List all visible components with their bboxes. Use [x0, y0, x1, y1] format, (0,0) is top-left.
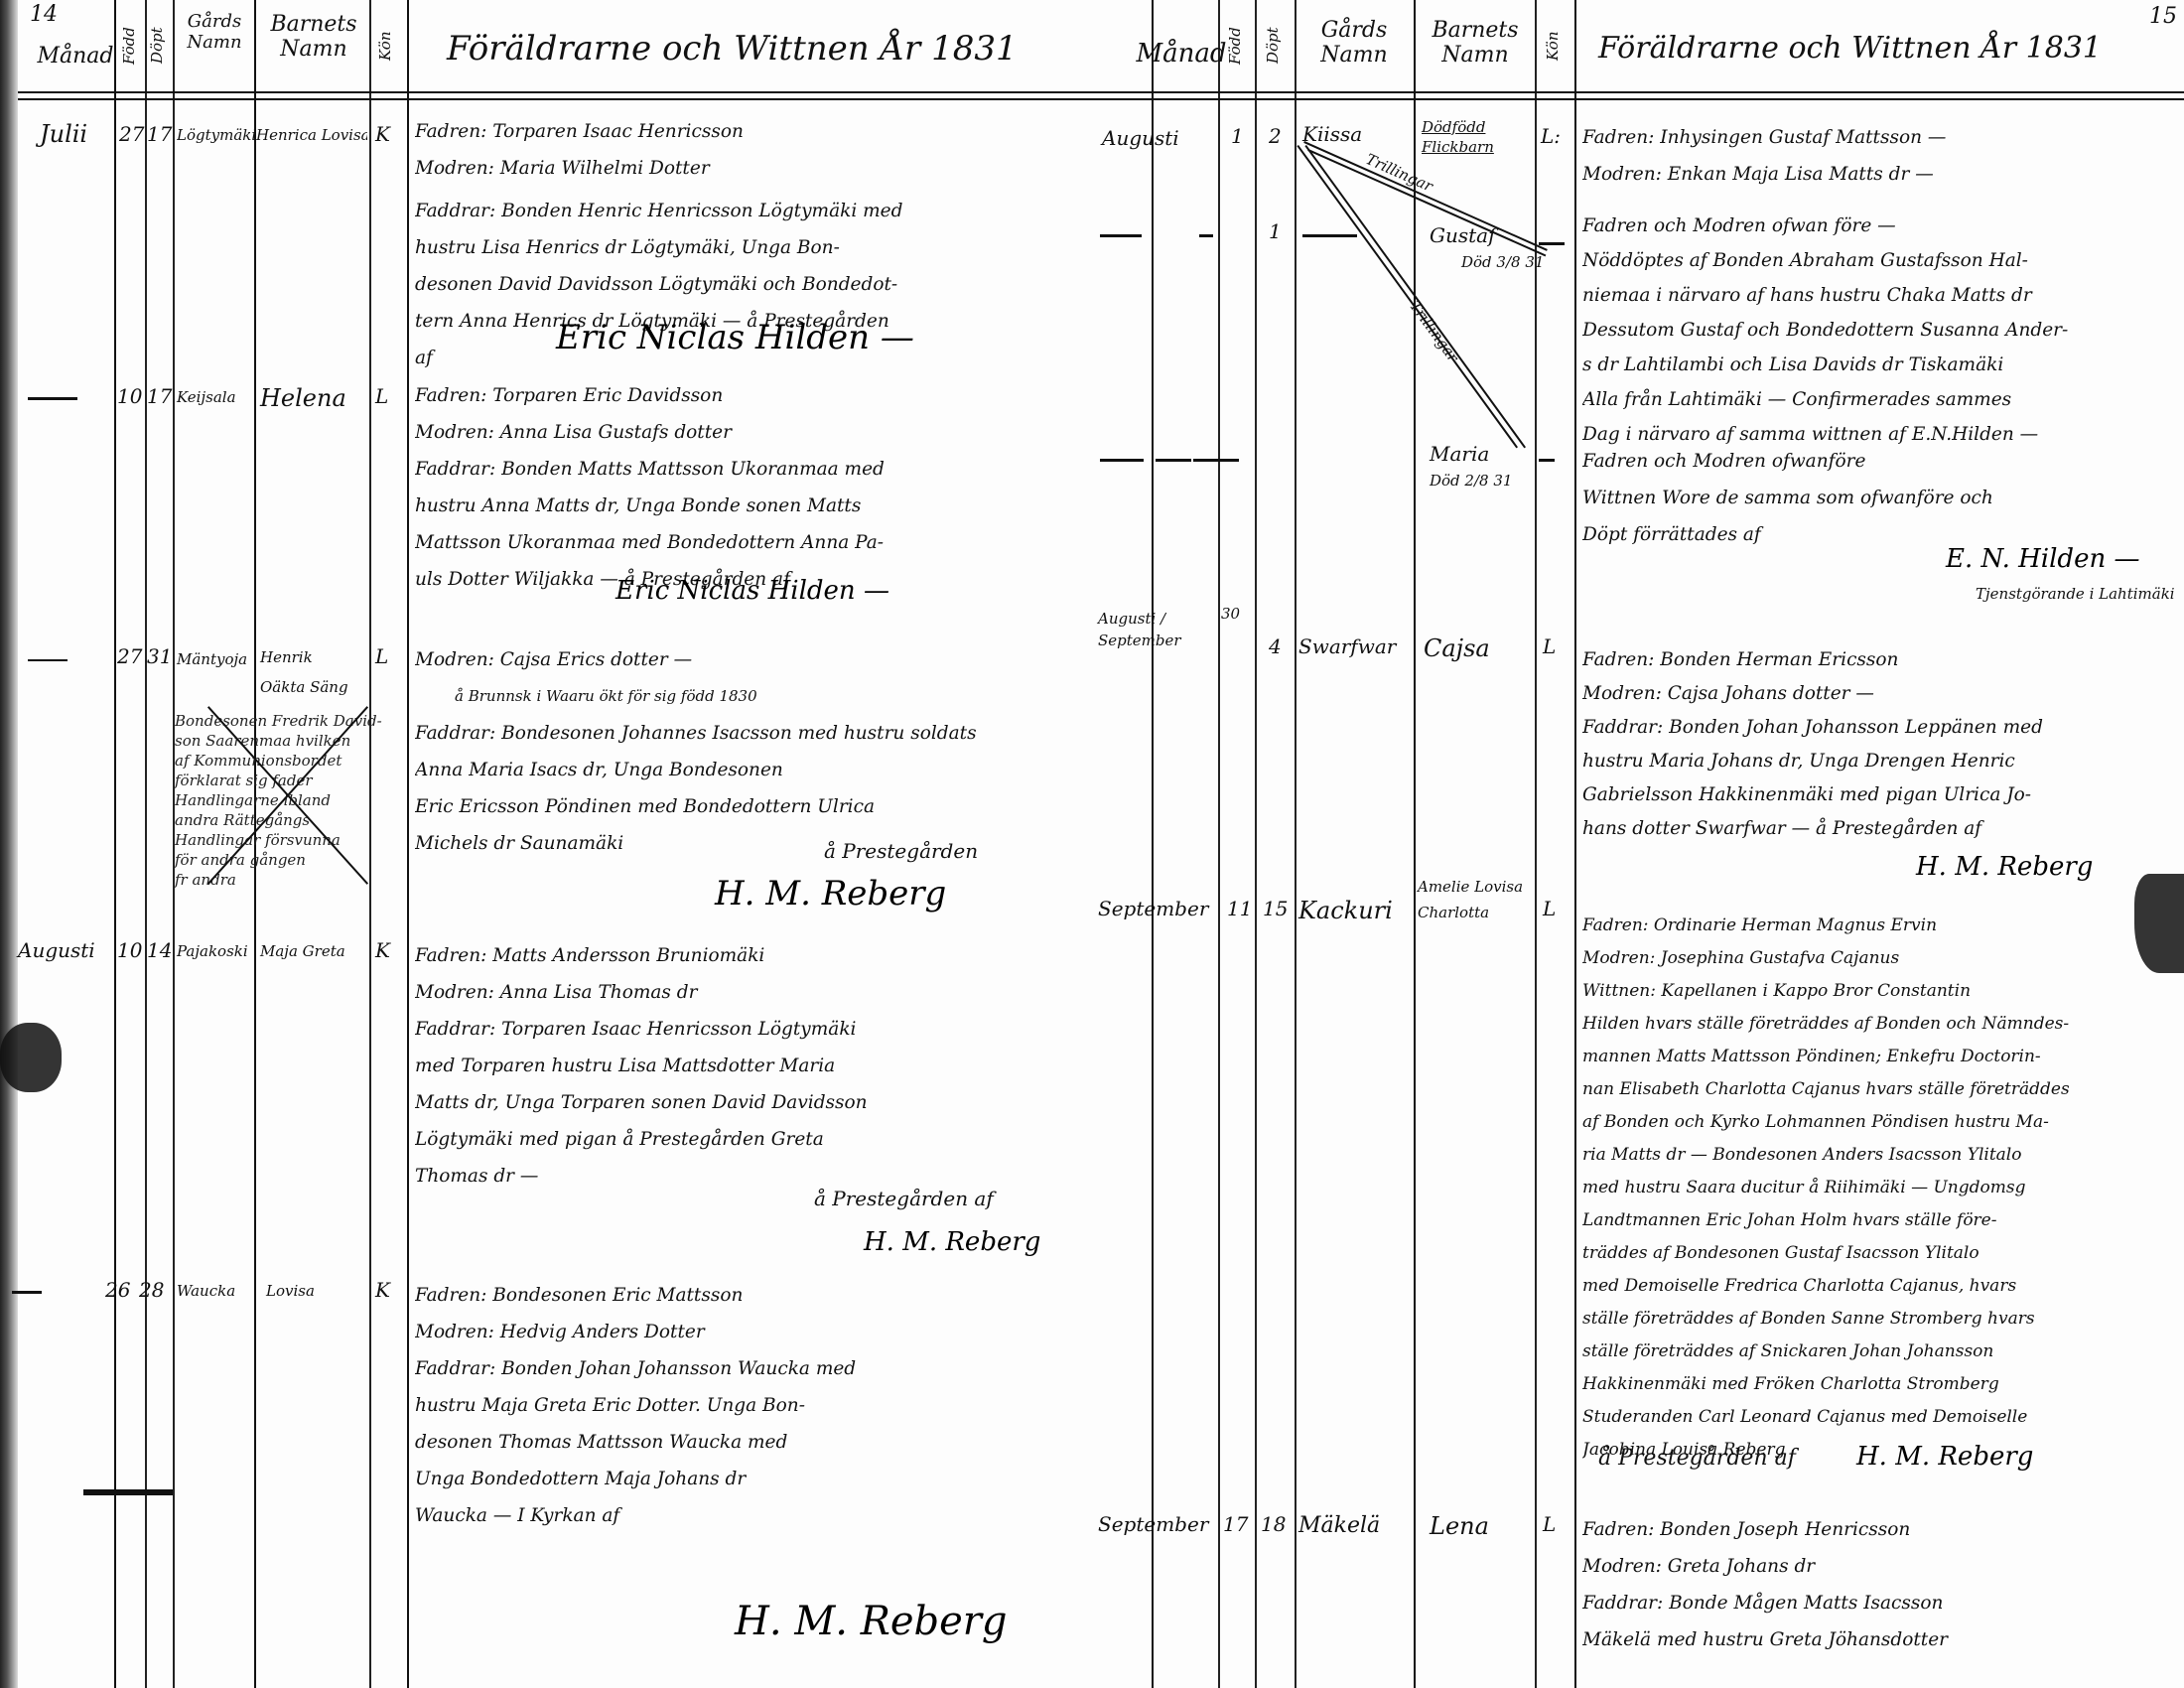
entry-child-note: Oäkta Säng: [260, 679, 348, 696]
ditto-dash: [1193, 459, 1239, 462]
entry-sex: L: [1543, 1513, 1556, 1536]
entry-child-name: Lena: [1430, 1513, 1489, 1541]
entry-born: 1: [1269, 220, 1282, 243]
baptism-place: å Prestegården af: [1598, 1446, 1796, 1471]
sponsors-line: Unga Bondedottern Maja Johans dr: [415, 1461, 1090, 1497]
header-rule: [18, 91, 2184, 100]
witness-line: träddes af Bondesonen Gustaf Isacsson Yl…: [1582, 1237, 2178, 1270]
father-line: Fadren: Ordinarie Herman Magnus Ervin: [1582, 910, 2178, 942]
father-line: Fadren: Bondesonen Eric Mattsson: [415, 1277, 1090, 1314]
entry-sex: L: [375, 385, 388, 408]
entry-born: 1: [1231, 125, 1244, 148]
mother-line: Modren: Enkan Maja Lisa Matts dr —: [1582, 156, 2178, 193]
register-page: 14 15 Månad Född Döpt Gårds Namn Barnets…: [0, 0, 2184, 1688]
father-line: Fadren: Bonden Joseph Henricsson: [1582, 1511, 2178, 1548]
mother-line: Modren: Cajsa Johans dotter —: [1582, 677, 2178, 711]
header-baptized: Döpt: [149, 6, 166, 85]
sponsors-line: Mäkelä med hustru Greta Jöhansdotter: [1582, 1621, 2178, 1658]
header-title-right: Föräldrarne och Wittnen År 1831: [1598, 32, 2102, 67]
ditto-dash: [1100, 459, 1144, 462]
header-child-name: Barnets Namn: [260, 12, 367, 63]
page-number-right: 15: [2149, 4, 2177, 29]
entry-born: 26: [105, 1279, 130, 1302]
header-month: Månad: [1132, 40, 1231, 70]
witness-line: Hakkinenmäki med Fröken Charlotta Stromb…: [1582, 1368, 2178, 1401]
officiant-signature: E. N. Hilden —: [1946, 544, 2139, 574]
sponsors-line: Faddrar: Bonden Johan Johansson Waucka m…: [415, 1350, 1090, 1387]
header-child-name: Barnets Namn: [1418, 18, 1533, 69]
ditto-dash: [1302, 234, 1357, 237]
entry-month: Augusti: [1102, 127, 1179, 150]
entry-child-note: Död 2/8 31: [1430, 473, 1512, 490]
emergency-baptism-line: Nöddöptes af Bonden Abraham Gustafsson H…: [1582, 243, 2178, 278]
witness-line: niemaa i närvaro af hans hustru Chaka Ma…: [1582, 278, 2178, 313]
column-rule: [145, 0, 147, 1688]
column-rule: [369, 0, 371, 1688]
entry-village: Mäntyoja: [177, 651, 247, 668]
entry-sex: L: [1543, 635, 1556, 658]
column-rule: [1152, 0, 1154, 1688]
entry-village: Pajakoski: [177, 943, 248, 960]
witness-line: af Bonden och Kyrko Lohmannen Pöndisen h…: [1582, 1106, 2178, 1139]
ditto-dash: [28, 397, 77, 400]
parents-line: Fadren och Modren ofwan före —: [1582, 209, 2178, 243]
entry-month: September: [1098, 898, 1208, 920]
ditto-dash: [12, 1291, 42, 1294]
book-binding-shadow: [0, 0, 18, 1688]
column-rule: [1414, 0, 1416, 1688]
entry-child-name: Helena: [260, 385, 346, 413]
mother-line: Modren: Greta Johans dr: [1582, 1548, 2178, 1585]
sponsors-line: hans dotter Swarfwar — å Prestegården af: [1582, 812, 2178, 846]
sponsors-line: Faddrar: Bonden Henric Henricsson Lögtym…: [415, 193, 1080, 229]
sponsors-line: Faddrar: Bonde Mågen Matts Isacsson: [1582, 1585, 2178, 1621]
witness-line: med Demoiselle Fredrica Charlotta Cajanu…: [1582, 1270, 2178, 1303]
sponsors-line: desonen David Davidsson Lögtymäki och Bo…: [415, 266, 1080, 303]
entry-sex: L:: [1541, 125, 1561, 148]
entry-baptized: 17: [147, 385, 172, 408]
entry-child-name: Maria: [1430, 443, 1489, 466]
witness-line: mannen Matts Mattsson Pöndinen; Enkefru …: [1582, 1041, 2178, 1073]
officiant-signature: H. M. Reberg: [1856, 1442, 2033, 1472]
entry-born: 11: [1227, 898, 1252, 920]
ditto-dash: [1539, 242, 1565, 245]
ditto-dash: [1199, 234, 1213, 237]
entry-baptized: 15: [1263, 898, 1288, 920]
confirmation-line: Alla från Lahtimäki — Confirmerades samm…: [1582, 382, 2178, 417]
diagonal-strike: [1307, 149, 1546, 256]
witness-line: Studeranden Carl Leonard Cajanus med Dem…: [1582, 1401, 2178, 1434]
sponsors-line: hustru Maria Johans dr, Unga Drengen Hen…: [1582, 745, 2178, 778]
mother-line: Modren: Maria Wilhelmi Dotter: [415, 150, 1080, 187]
entry-village: Waucka: [177, 1283, 235, 1300]
entry-text: Fadren: Matts Andersson Bruniomäki Modre…: [415, 937, 1090, 1195]
column-rule: [1218, 0, 1220, 1688]
parents-line: Fadren och Modren ofwanföre: [1582, 443, 2178, 480]
witness-line: Landtmannen Eric Johan Holm hvars ställe…: [1582, 1204, 2178, 1237]
entry-child-name: Dödfödd Flickbarn: [1422, 117, 1531, 157]
witness-line: Wittnen Wore de samma som ofwanföre och: [1582, 480, 2178, 516]
mother-line: Modren: Anna Lisa Gustafs dotter: [415, 414, 1080, 451]
entry-text: Fadren: Bonden Herman Ericsson Modren: C…: [1582, 643, 2178, 846]
entry-sex: K: [375, 1279, 390, 1302]
column-rule: [1574, 0, 1576, 1688]
sponsors-line: Eric Ericsson Pöndinen med Bondedottern …: [415, 788, 1090, 825]
ink-smudge: [83, 1489, 173, 1495]
entry-baptized: 2: [1269, 125, 1282, 148]
sponsors-line: Michels dr Saunamäki: [415, 825, 1090, 862]
sponsors-line: Gabrielsson Hakkinenmäki med pigan Ulric…: [1582, 778, 2178, 812]
officiant-signature: Eric Niclas Hilden —: [615, 576, 889, 606]
entry-village: Kackuri: [1298, 898, 1393, 925]
entry-born: 10: [117, 939, 142, 962]
entry-child-name: Henrik: [260, 649, 313, 666]
entry-village: Kiissa: [1302, 123, 1362, 146]
mother-line: Modren: Josephina Gustafva Cajanus: [1582, 942, 2178, 975]
entry-text: Fadren: Torparen Eric Davidsson Modren: …: [415, 377, 1080, 598]
entry-child-name: Cajsa: [1424, 635, 1490, 663]
sponsors-line: Faddrar: Torparen Isaac Henricsson Lögty…: [415, 1011, 1090, 1048]
entry-born: 30: [1221, 606, 1240, 623]
entry-born: 10: [117, 385, 142, 408]
entry-child-name: Maja Greta: [260, 943, 345, 960]
entry-text: Fadren: Inhysingen Gustaf Mattsson — Mod…: [1582, 119, 2178, 193]
header-sex: Kön: [1545, 6, 1562, 85]
officiant-signature: H. M. Reberg: [864, 1227, 1040, 1257]
entry-baptized: 14: [147, 939, 172, 962]
entry-baptized: 4: [1269, 635, 1282, 658]
father-line: Fadren: Torparen Isaac Henricsson: [415, 113, 1080, 150]
entry-text: Fadren: Bondesonen Eric Mattsson Modren:…: [415, 1277, 1090, 1534]
column-rule: [1295, 0, 1297, 1688]
entry-text: Fadren: Ordinarie Herman Magnus Ervin Mo…: [1582, 910, 2178, 1467]
entry-village: Swarfwar: [1298, 635, 1396, 658]
entry-month: Julii: [40, 121, 87, 149]
entry-baptized: 28: [139, 1279, 164, 1302]
header-born: Född: [121, 6, 138, 85]
witnesses-heading-line: Wittnen: Kapellanen i Kappo Bror Constan…: [1582, 975, 2178, 1008]
father-line: Fadren: Matts Andersson Bruniomäki: [415, 937, 1090, 974]
ditto-dash: [1156, 459, 1173, 462]
ditto-dash: [1100, 234, 1142, 237]
entry-baptized: 31: [147, 645, 172, 668]
entry-sex: K: [375, 123, 390, 146]
entry-month: September: [1098, 1513, 1208, 1536]
sponsors-line: Faddrar: Bonden Matts Mattsson Ukoranmaa…: [415, 451, 1080, 488]
column-rule: [114, 0, 116, 1688]
witness-line: ställe företräddes af Snickaren Johan Jo…: [1582, 1336, 2178, 1368]
sponsors-line: Lögtymäki med pigan å Prestegården Greta: [415, 1121, 1090, 1158]
entry-sex: L: [1543, 898, 1556, 920]
witness-line: ria Matts dr — Bondesonen Anders Isacsso…: [1582, 1139, 2178, 1172]
entry-text: Fadren och Modren ofwan före — Nöddöptes…: [1582, 209, 2178, 452]
sponsors-line: med Torparen hustru Lisa Mattsdotter Mar…: [415, 1048, 1090, 1084]
mother-line: Modren: Hedvig Anders Dotter: [415, 1314, 1090, 1350]
mother-note-line: å Brunnsk i Waaru ökt för sig född 1830: [415, 678, 1090, 715]
page-number-left: 14: [30, 2, 58, 27]
witness-line: med hustru Saara ducitur å Riihimäki — U…: [1582, 1172, 2178, 1204]
sponsors-line: hustru Maja Greta Eric Dotter. Unga Bon-: [415, 1387, 1090, 1424]
entry-village: Lögtymäki: [177, 127, 254, 144]
witness-line: Dessutom Gustaf och Bondedottern Susanna…: [1582, 313, 2178, 348]
entry-baptized: 18: [1261, 1513, 1286, 1536]
officiant-signature: Eric Niclas Hilden —: [556, 318, 914, 357]
witness-line: nan Elisabeth Charlotta Cajanus hvars st…: [1582, 1073, 2178, 1106]
mother-line: Modren: Cajsa Erics dotter —: [415, 641, 1090, 678]
entry-month: Augusti / September: [1098, 608, 1217, 651]
diagonal-strike: [1297, 145, 1518, 448]
sponsors-line: Mattsson Ukoranmaa med Bondedottern Anna…: [415, 524, 1080, 561]
sponsors-line: Faddrar: Bondesonen Johannes Isacsson me…: [415, 715, 1090, 752]
entry-child-name: Amelie Lovisa Charlotta: [1418, 874, 1535, 925]
entry-child-name: Henrica Lovisa: [256, 127, 367, 144]
sponsors-line: hustru Lisa Henrics dr Lögtymäki, Unga B…: [415, 229, 1080, 266]
witness-line: s dr Lahtilambi och Lisa Davids dr Tiska…: [1582, 348, 2178, 382]
entry-month: Augusti: [18, 939, 95, 962]
sponsors-line: Anna Maria Isacs dr, Unga Bondesonen: [415, 752, 1090, 788]
ink-blot: [0, 1023, 62, 1092]
father-line: Fadren: Torparen Eric Davidsson: [415, 377, 1080, 414]
entry-sex: K: [375, 939, 390, 962]
entry-born: 27: [119, 123, 144, 146]
entry-text: Fadren: Bonden Joseph Henricsson Modren:…: [1582, 1511, 2178, 1658]
sponsors-line: Matts dr, Unga Torparen sonen David Davi…: [415, 1084, 1090, 1121]
column-rule: [1255, 0, 1257, 1688]
sponsors-line: desonen Thomas Mattsson Waucka med: [415, 1424, 1090, 1461]
header-village: Gårds Namn: [1297, 18, 1412, 69]
header-village: Gårds Namn: [175, 12, 254, 53]
officiant-title: Tjenstgörande i Lahtimäki: [1976, 586, 2175, 603]
father-line: Fadren: Bonden Herman Ericsson: [1582, 643, 2178, 677]
header-sex: Kön: [377, 6, 394, 85]
mother-line: Modren: Anna Lisa Thomas dr: [415, 974, 1090, 1011]
witness-line: ställe företräddes af Bonden Sanne Strom…: [1582, 1303, 2178, 1336]
entry-child-name: Lovisa: [266, 1283, 315, 1300]
entry-baptized: 17: [147, 123, 172, 146]
baptism-place: å Prestegården af: [814, 1188, 994, 1210]
entry-text: Fadren och Modren ofwanföre Wittnen Wore…: [1582, 443, 2178, 553]
entry-born: 17: [1223, 1513, 1248, 1536]
entry-text: Modren: Cajsa Erics dotter — å Brunnsk i…: [415, 641, 1090, 862]
ditto-dash: [1539, 459, 1555, 462]
entry-child-note: Död 3/8 31: [1461, 254, 1544, 271]
baptism-place: å Prestegården: [824, 840, 978, 863]
header-title-left: Föräldrarne och Wittnen År 1831: [447, 30, 1018, 69]
father-line: Fadren: Inhysingen Gustaf Mattsson —: [1582, 119, 2178, 156]
officiant-signature: H. M. Reberg: [735, 1599, 1008, 1644]
entry-sex: L: [375, 645, 388, 668]
header-born: Född: [1227, 6, 1244, 85]
sponsors-line: Waucka — I Kyrkan af: [415, 1497, 1090, 1534]
sponsors-line: hustru Anna Matts dr, Unga Bonde sonen M…: [415, 488, 1080, 524]
column-rule: [407, 0, 409, 1688]
header-month: Månad: [36, 44, 115, 69]
entry-village: Mäkelä: [1298, 1513, 1380, 1538]
ditto-dash: [1173, 459, 1191, 462]
sponsors-line: Faddrar: Bonden Johan Johansson Leppänen…: [1582, 711, 2178, 745]
ditto-dash: [28, 659, 68, 661]
entry-village: Keijsala: [177, 389, 236, 406]
entry-born: 27: [117, 645, 142, 668]
header-baptized: Döpt: [1265, 6, 1282, 85]
witness-line: Hilden hvars ställe företräddes af Bonde…: [1582, 1008, 2178, 1041]
officiant-signature: H. M. Reberg: [715, 874, 946, 914]
officiant-signature: H. M. Reberg: [1916, 852, 2093, 882]
